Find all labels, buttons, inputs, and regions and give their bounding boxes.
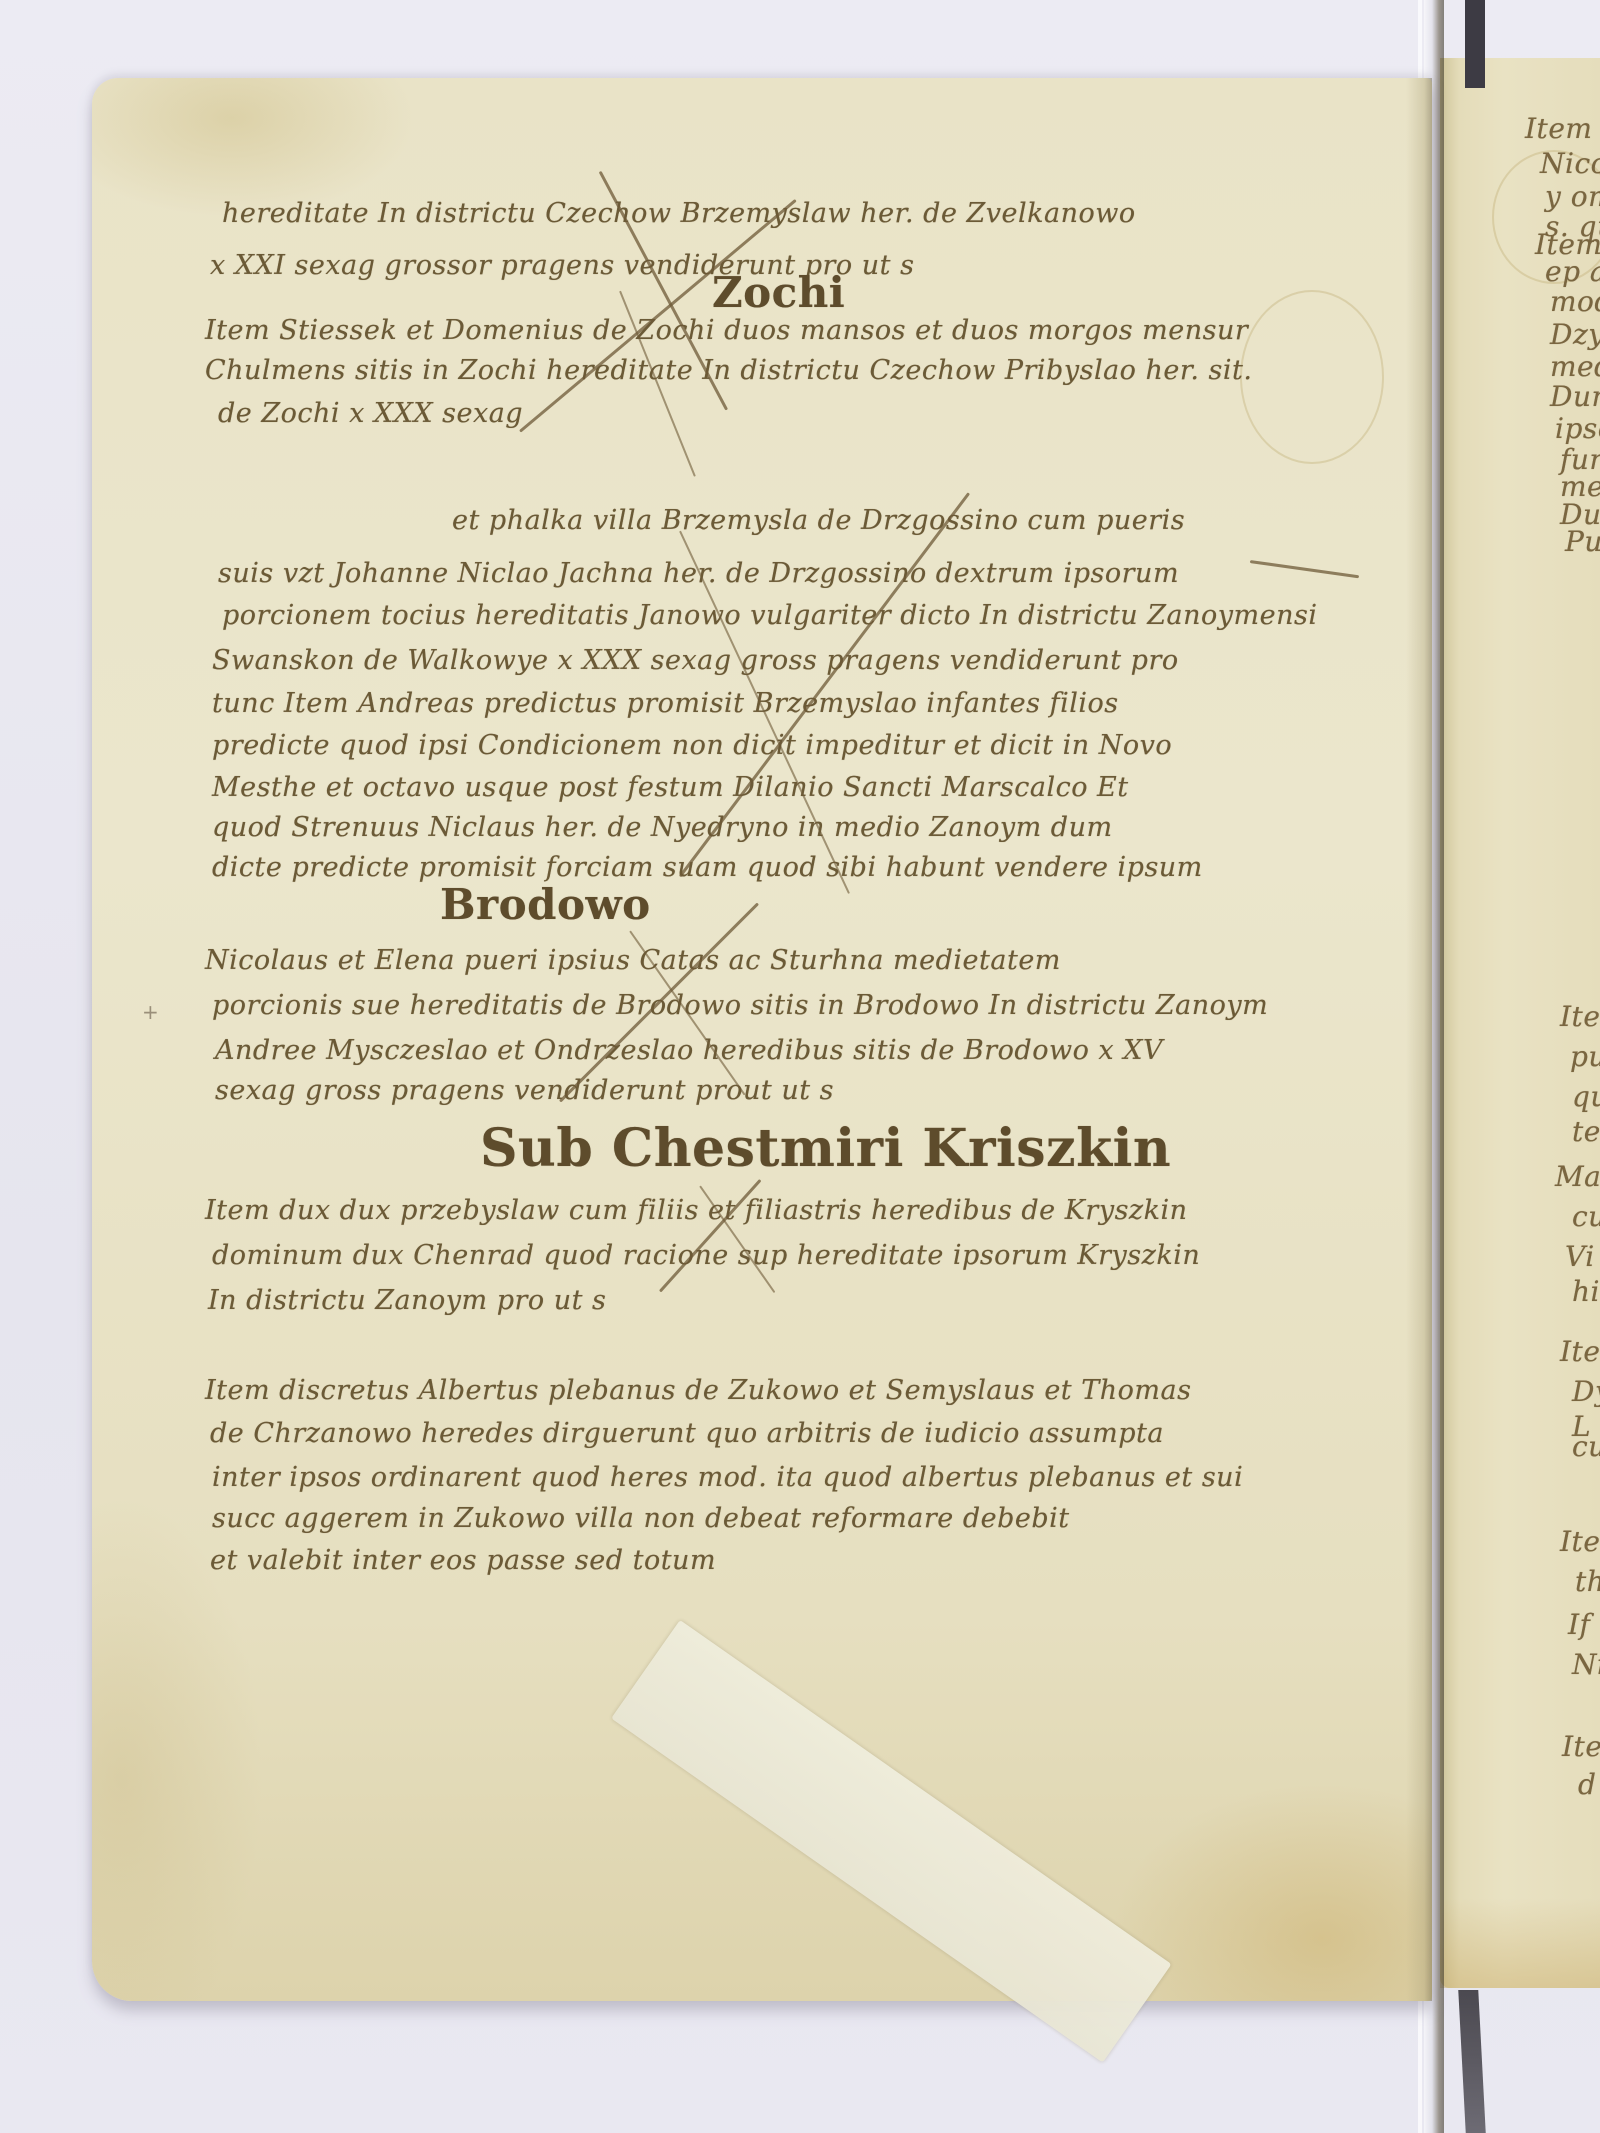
facing-line: hit bbox=[1572, 1275, 1600, 1308]
margin-cross-mark: + bbox=[142, 1000, 159, 1024]
place-heading: Zochi bbox=[712, 268, 845, 317]
facing-line: If bbox=[1568, 1608, 1590, 1641]
manuscript-photo: hereditate In districtu Czechow Brzemysl… bbox=[0, 0, 1600, 2133]
facing-line: th bbox=[1575, 1565, 1600, 1598]
entry-line: succ aggerem in Zukowo villa non debeat … bbox=[212, 1503, 1070, 1534]
facing-line: med bbox=[1550, 350, 1600, 383]
entry-line: quod Strenuus Niclaus her. de Nyedryno i… bbox=[212, 812, 1113, 843]
facing-line: d bbox=[1578, 1768, 1596, 1801]
entry-line: porcionis sue hereditatis de Brodowo sit… bbox=[212, 990, 1268, 1021]
entry-line: porcionem tocius hereditatis Janowo vulg… bbox=[222, 600, 1317, 631]
facing-line: cu bbox=[1572, 1200, 1600, 1233]
entry-line: dominum dux Chenrad quod racione sup her… bbox=[212, 1240, 1200, 1271]
facing-line: mod bbox=[1550, 285, 1600, 318]
place-heading: Sub Chestmiri Kriszkin bbox=[480, 1118, 1171, 1179]
facing-line: Vi bbox=[1565, 1240, 1595, 1273]
entry-line: dicte predicte promisit forciam suam quo… bbox=[212, 852, 1203, 883]
entry-line: predicte quod ipsi Condicionem non dicit… bbox=[212, 730, 1172, 761]
facing-line: pus bbox=[1570, 1040, 1600, 1073]
entry-line: tunc Item Andreas predictus promisit Brz… bbox=[212, 688, 1119, 719]
entry-line: hereditate In districtu Czechow Brzemysl… bbox=[222, 198, 1136, 229]
entry-line: Andree Mysczeslao et Ondrzeslao heredibu… bbox=[215, 1035, 1163, 1066]
facing-line: cu bbox=[1572, 1430, 1600, 1463]
facing-line: Dy bbox=[1572, 1375, 1600, 1408]
clamp-bar-top bbox=[1465, 0, 1485, 88]
facing-line: ep al bbox=[1545, 255, 1600, 288]
facing-line: y om bbox=[1545, 180, 1600, 213]
facing-line: Ni bbox=[1572, 1648, 1600, 1681]
facing-line: ipsoz bbox=[1555, 412, 1600, 445]
entry-line: Chulmens sitis in Zochi hereditate In di… bbox=[205, 355, 1252, 386]
facing-line: Dzyi bbox=[1550, 318, 1600, 351]
facing-line: Item bbox=[1562, 1730, 1600, 1763]
facing-line: Pu bbox=[1565, 525, 1600, 558]
entry-line: de Chrzanowo heredes dirguerunt quo arbi… bbox=[210, 1418, 1164, 1449]
entry-line: et phalka villa Brzemysla de Drzgossino … bbox=[452, 505, 1185, 536]
entry-line: de Zochi x XXX sexag bbox=[218, 398, 523, 429]
facing-line: qu bbox=[1572, 1080, 1600, 1113]
facing-line: Item bbox=[1560, 1335, 1600, 1368]
clamp-bar-bottom bbox=[1458, 1990, 1485, 2133]
entry-line: et valebit inter eos passe sed totum bbox=[210, 1545, 716, 1576]
entry-line: Mesthe et octavo usque post festum Dilan… bbox=[212, 772, 1129, 803]
entry-line: Item discretus Albertus plebanus de Zuko… bbox=[205, 1375, 1191, 1406]
entry-line: Swanskon de Walkowye x XXX sexag gross p… bbox=[212, 645, 1179, 676]
facing-line: Ma bbox=[1555, 1160, 1600, 1193]
water-stain bbox=[1440, 1898, 1600, 1988]
stain-ring bbox=[1240, 290, 1384, 464]
entry-line: Nicolaus et Elena pueri ipsius Catas ac … bbox=[205, 945, 1061, 976]
entry-line: inter ipsos ordinarent quod heres mod. i… bbox=[212, 1462, 1243, 1493]
entry-line: In districtu Zanoym pro ut s bbox=[208, 1285, 606, 1316]
facing-line: Dunn bbox=[1550, 380, 1600, 413]
entry-line: Item Stiessek et Domenius de Zochi duos … bbox=[205, 315, 1248, 346]
place-heading: Brodowo bbox=[440, 880, 651, 929]
facing-line: Nicol bbox=[1540, 147, 1600, 180]
entry-line: Item dux dux przebyslaw cum filiis et fi… bbox=[205, 1195, 1188, 1226]
facing-line: te bbox=[1572, 1115, 1600, 1148]
facing-line: Item bbox=[1525, 112, 1592, 145]
facing-line: Item bbox=[1560, 1000, 1600, 1033]
facing-line: Item bbox=[1560, 1525, 1600, 1558]
